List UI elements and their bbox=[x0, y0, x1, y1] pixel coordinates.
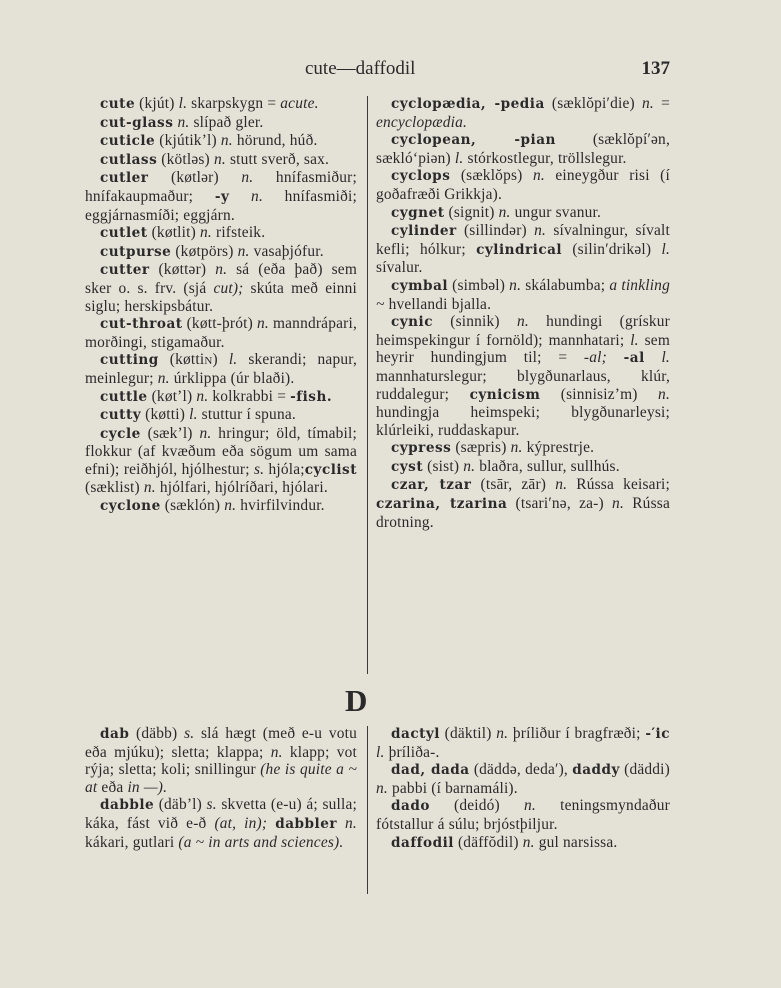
entry-text: (däddi) bbox=[620, 761, 670, 778]
italic-text: n. bbox=[533, 167, 545, 184]
dictionary-entry: cutting (køttin) l. skerandi; napur, mei… bbox=[85, 351, 357, 387]
headword: cuttle bbox=[100, 389, 148, 405]
italic-text: n. bbox=[523, 834, 535, 851]
entry-text: (sæklŏps) bbox=[450, 167, 533, 184]
italic-text: (a ~ in arts and sciences). bbox=[178, 834, 343, 851]
headword: daffodil bbox=[391, 835, 454, 851]
italic-text: n. bbox=[214, 151, 226, 168]
entry-text: hörund, húð. bbox=[233, 132, 318, 149]
italic-text: n. bbox=[200, 224, 212, 241]
dictionary-entry: cute (kjút) l. skarpskygn = acute. bbox=[85, 95, 357, 114]
entry-text: (køtpörs) bbox=[171, 243, 237, 260]
headword: cymbal bbox=[391, 278, 448, 294]
italic-text: n. bbox=[658, 386, 670, 403]
entry-text: (køttər) bbox=[150, 261, 216, 278]
headword: cyclone bbox=[100, 498, 161, 514]
headword: cutter bbox=[100, 262, 150, 278]
italic-text: n. bbox=[196, 388, 208, 405]
entry-text: (deidó) bbox=[430, 797, 524, 814]
entry-text bbox=[607, 349, 624, 366]
entry-text: (signit) bbox=[445, 204, 499, 221]
dictionary-entry: dabble (däb’l) s. skvetta (e-u) á; sulla… bbox=[85, 796, 357, 851]
entry-text: pabbi (í barnamáli). bbox=[388, 780, 518, 797]
italic-text: n. bbox=[257, 315, 269, 332]
italic-text: n. bbox=[251, 188, 263, 205]
entry-text: (sillindər) bbox=[457, 222, 534, 239]
entry-text: (sinnik) bbox=[433, 313, 517, 330]
entry-text: úrklippa (úr blaði). bbox=[170, 370, 295, 387]
headword: cutler bbox=[100, 170, 148, 186]
entry-text: kákari, gutlari bbox=[85, 834, 178, 851]
headword: cutlet bbox=[100, 225, 148, 241]
headword: cyclopean, -pian bbox=[391, 132, 556, 148]
entry-text: (sæklist) bbox=[85, 479, 144, 496]
page-number: 137 bbox=[642, 58, 671, 80]
entry-text: (sinnisiz’m) bbox=[540, 386, 658, 403]
dictionary-entry: dab (däbb) s. slá hægt (með e-u votu eða… bbox=[85, 725, 357, 796]
entry-text: hjóla; bbox=[264, 461, 305, 478]
italic-text: n. bbox=[221, 132, 233, 149]
entry-text: (køt’l) bbox=[148, 388, 197, 405]
column-left-top: cute (kjút) l. skarpskygn = acute.cut-gl… bbox=[85, 95, 357, 516]
entry-text: ) bbox=[212, 351, 228, 368]
headword: cyclopædia, -pedia bbox=[391, 96, 545, 112]
dictionary-entry: cutpurse (køtpörs) n. vasaþjófur. bbox=[85, 243, 357, 262]
dictionary-entry: cutty (køtti) l. stuttur í spuna. bbox=[85, 406, 357, 425]
headword: daddy bbox=[572, 762, 620, 778]
headword: cute bbox=[100, 96, 135, 112]
headword: -al bbox=[624, 350, 645, 366]
italic-text: (at, in); bbox=[214, 815, 267, 832]
entry-text: (køtti bbox=[159, 351, 205, 368]
italic-text: l. bbox=[179, 95, 188, 112]
headword: dad, dada bbox=[391, 762, 470, 778]
dictionary-entry: cymbal (simbəl) n. skálabumba; a tinklin… bbox=[376, 277, 670, 313]
headword: cut-glass bbox=[100, 115, 173, 131]
dictionary-entry: cutter (køttər) n. sá (eða það) sem sker… bbox=[85, 261, 357, 315]
entry-text: (sæklón) bbox=[161, 497, 225, 514]
entry-text: (däb’l) bbox=[154, 796, 206, 813]
headword: cutty bbox=[100, 407, 141, 423]
entry-text: kolkrabbi = bbox=[208, 388, 290, 405]
running-header: cute—daffodil 137 bbox=[84, 58, 674, 84]
entry-text bbox=[645, 349, 662, 366]
dictionary-entry: cuttle (køt’l) n. kolkrabbi = -fish. bbox=[85, 388, 357, 407]
entry-text: þríliða-. bbox=[385, 744, 440, 761]
italic-text: n. bbox=[517, 313, 529, 330]
italic-text: n. bbox=[499, 204, 511, 221]
entry-text: (kjútik’l) bbox=[155, 132, 221, 149]
dictionary-entry: cuticle (kjútik’l) n. hörund, húð. bbox=[85, 132, 357, 151]
dictionary-page: cute—daffodil 137 cute (kjút) l. skarpsk… bbox=[0, 0, 781, 988]
headword: -′ic bbox=[645, 726, 670, 742]
italic-text: s. bbox=[254, 461, 264, 478]
column-right-top: cyclopædia, -pedia (sæklŏpi′die) n. = en… bbox=[376, 95, 670, 531]
italic-text: n. bbox=[144, 479, 156, 496]
headword: cypress bbox=[391, 440, 451, 456]
italic-text: n. bbox=[241, 169, 253, 186]
italic-text: l. bbox=[376, 744, 385, 761]
entry-text: (sæklŏpi′die) bbox=[545, 95, 642, 112]
entry-text: (sæpris) bbox=[451, 439, 510, 456]
headword: cut-throat bbox=[100, 316, 183, 332]
headword: cutting bbox=[100, 352, 159, 368]
dictionary-entry: cutlass (kötləs) n. stutt sverð, sax. bbox=[85, 151, 357, 170]
entry-text: (simbəl) bbox=[448, 277, 509, 294]
dictionary-entry: cyclops (sæklŏps) n. eineygður risi (í g… bbox=[376, 167, 670, 203]
italic-text: n. bbox=[238, 243, 250, 260]
headword: cuticle bbox=[100, 133, 155, 149]
entry-text: = bbox=[654, 95, 670, 112]
entry-text: (køtti) bbox=[141, 406, 189, 423]
entry-text: hvellandi bjalla. bbox=[385, 296, 492, 313]
headword: cyst bbox=[391, 459, 423, 475]
italic-text: acute. bbox=[280, 95, 318, 112]
italic-text: n. bbox=[511, 439, 523, 456]
entry-text bbox=[267, 815, 275, 832]
italic-text: s. bbox=[207, 796, 217, 813]
headword: cynicism bbox=[470, 387, 541, 403]
dictionary-entry: dactyl (däktil) n. þríliður í bragfræði;… bbox=[376, 725, 670, 761]
entry-text: (kjút) bbox=[135, 95, 179, 112]
headword: cygnet bbox=[391, 205, 445, 221]
entry-text: ungur svanur. bbox=[511, 204, 601, 221]
entry-text: Rússa keisari; bbox=[567, 476, 670, 493]
dictionary-entry: cut-throat (køtt-þrót) n. manndrápari, m… bbox=[85, 315, 357, 351]
entry-text: skálabumba; bbox=[521, 277, 609, 294]
entry-text: stórkostlegur, tröllslegur. bbox=[463, 150, 626, 167]
dictionary-entry: czar, tzar (tsār, zār) n. Rússa keisari;… bbox=[376, 476, 670, 531]
entry-text: (tsari′nə, za-) bbox=[507, 495, 612, 512]
headword: cyclist bbox=[305, 462, 357, 478]
italic-text: n. bbox=[534, 222, 546, 239]
entry-text: stuttur í spuna. bbox=[198, 406, 296, 423]
headword: dab bbox=[100, 726, 129, 742]
entry-text: blaðra, sullur, sullhús. bbox=[475, 458, 620, 475]
italic-text: -al; bbox=[584, 349, 607, 366]
italic-text: n. bbox=[496, 725, 508, 742]
italic-text: n. bbox=[642, 95, 654, 112]
italic-text: n. bbox=[215, 261, 227, 278]
headword: dabbler bbox=[275, 816, 337, 832]
entry-text: kýprestrje. bbox=[523, 439, 595, 456]
entry-text: þríliður í bragfræði; bbox=[508, 725, 645, 742]
headword: czarina, tzarina bbox=[376, 496, 507, 512]
entry-text: hvirfilvindur. bbox=[236, 497, 325, 514]
entry-text: (køtlit) bbox=[148, 224, 200, 241]
italic-text: in —). bbox=[127, 779, 167, 796]
entry-text bbox=[229, 188, 251, 205]
dictionary-entry: daffodil (däffŏdil) n. gul narsissa. bbox=[376, 834, 670, 853]
headword: dabble bbox=[100, 797, 154, 813]
entry-text: vasaþjófur. bbox=[250, 243, 324, 260]
headword: cutpurse bbox=[100, 244, 171, 260]
dictionary-entry: cutlet (køtlit) n. rifsteik. bbox=[85, 224, 357, 243]
entry-text: hjólfari, hjólríðari, hjólari. bbox=[156, 479, 328, 496]
entry-text: (däktil) bbox=[440, 725, 496, 742]
entry-text: skarpskygn = bbox=[187, 95, 280, 112]
header-guide-words: cute—daffodil bbox=[305, 58, 415, 80]
dictionary-entry: cycle (sæk’l) n. hringur; öld, tímabil; … bbox=[85, 425, 357, 497]
entry-text: (kötləs) bbox=[157, 151, 214, 168]
dictionary-entry: cypress (sæpris) n. kýprestrje. bbox=[376, 439, 670, 458]
dictionary-entry: dado (deidó) n. teningsmyndaður fótstall… bbox=[376, 797, 670, 833]
italic-text: n. bbox=[524, 797, 536, 814]
entry-text: stutt sverð, sax. bbox=[226, 151, 329, 168]
italic-text: n. bbox=[376, 780, 388, 797]
italic-text: l. bbox=[189, 406, 198, 423]
italic-text: n. bbox=[509, 277, 521, 294]
italic-text: s. bbox=[184, 725, 194, 742]
dictionary-entry: cut-glass n. slípað gler. bbox=[85, 114, 357, 133]
dictionary-entry: cynic (sinnik) n. hundingi (grískur heim… bbox=[376, 313, 670, 439]
dictionary-entry: cyclone (sæklón) n. hvirfilvindur. bbox=[85, 497, 357, 516]
entry-text: (sist) bbox=[423, 458, 463, 475]
headword: -y bbox=[215, 189, 230, 205]
italic-text: cut); bbox=[213, 280, 243, 297]
headword: cyclops bbox=[391, 168, 450, 184]
entry-text: (däddə, deda′), bbox=[470, 761, 573, 778]
dictionary-entry: cutler (køtlər) n. hnífasmiður; hnífakau… bbox=[85, 169, 357, 224]
column-divider-bottom bbox=[367, 726, 368, 894]
column-right-bottom: dactyl (däktil) n. þríliður í bragfræði;… bbox=[376, 725, 670, 852]
headword: -fish. bbox=[290, 389, 332, 405]
entry-text: (sæk’l) bbox=[141, 425, 200, 442]
entry-text: rifsteik. bbox=[212, 224, 265, 241]
italic-text: encyclopædia. bbox=[376, 114, 467, 131]
italic-text: n. bbox=[271, 744, 283, 761]
entry-text: hundingja heimspeki; blygðunarleysi; klú… bbox=[376, 404, 670, 439]
italic-text: l. bbox=[661, 241, 670, 258]
italic-text: n. bbox=[612, 495, 624, 512]
dictionary-entry: dad, dada (däddə, deda′), daddy (däddi) … bbox=[376, 761, 670, 797]
entry-text: (køtt-þrót) bbox=[183, 315, 257, 332]
headword: dado bbox=[391, 798, 430, 814]
italic-text: n. bbox=[463, 458, 475, 475]
dictionary-entry: cyclopean, -pian (sæklŏpí′ən, sæklóʻpiən… bbox=[376, 131, 670, 167]
italic-text: n. bbox=[177, 114, 189, 131]
entry-text: (køtlər) bbox=[148, 169, 241, 186]
entry-text: (tsār, zār) bbox=[471, 476, 555, 493]
dictionary-entry: cyst (sist) n. blaðra, sullur, sullhús. bbox=[376, 458, 670, 477]
section-letter-heading: D bbox=[345, 683, 367, 719]
headword: cutlass bbox=[100, 152, 157, 168]
dictionary-entry: cygnet (signit) n. ungur svanur. bbox=[376, 204, 670, 223]
entry-text bbox=[337, 815, 345, 832]
entry-text: (däffŏdil) bbox=[454, 834, 523, 851]
headword: cylinder bbox=[391, 223, 457, 239]
column-left-bottom: dab (däbb) s. slá hægt (með e-u votu eða… bbox=[85, 725, 357, 851]
headword: cylindrical bbox=[476, 242, 562, 258]
entry-text: (däbb) bbox=[129, 725, 184, 742]
headword: cynic bbox=[391, 314, 433, 330]
entry-text: (silin′drikəl) bbox=[562, 241, 661, 258]
italic-text: l. bbox=[630, 332, 639, 349]
italic-text: n. bbox=[224, 497, 236, 514]
headword: cycle bbox=[100, 426, 141, 442]
headword: czar, tzar bbox=[391, 477, 471, 493]
dictionary-entry: cyclopædia, -pedia (sæklŏpi′die) n. = en… bbox=[376, 95, 670, 131]
entry-text: gul narsissa. bbox=[535, 834, 618, 851]
italic-text: n. bbox=[345, 815, 357, 832]
headword: dactyl bbox=[391, 726, 440, 742]
dictionary-entry: cylinder (sillindər) n. sívalningur, sív… bbox=[376, 222, 670, 277]
italic-text: n. bbox=[199, 425, 211, 442]
entry-text: sívalur. bbox=[376, 259, 423, 276]
entry-text: eða bbox=[97, 779, 127, 796]
column-divider-top bbox=[367, 96, 368, 674]
italic-text: n. bbox=[555, 476, 567, 493]
entry-text: slípað gler. bbox=[189, 114, 263, 131]
italic-text: l. bbox=[661, 349, 670, 366]
italic-text: n. bbox=[158, 370, 170, 387]
